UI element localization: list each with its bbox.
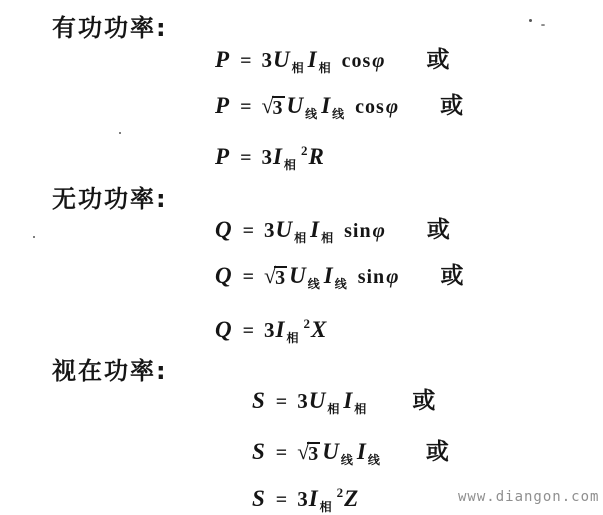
formula-seg-sub: 相 bbox=[354, 395, 366, 423]
formula-seg-angle: φ bbox=[373, 216, 385, 244]
formula-seg-var: Q bbox=[215, 316, 232, 344]
formula-seg-eq: = bbox=[276, 486, 287, 514]
formula-active-line: P=√3U线I线cosφ或 bbox=[215, 92, 463, 128]
formula-seg-var: Q bbox=[215, 262, 232, 290]
formula-seg-num: 3 bbox=[297, 387, 308, 415]
formula-seg-var: S bbox=[252, 438, 265, 466]
formula-seg-num: 3 bbox=[261, 143, 272, 171]
formula-seg-func: cos bbox=[355, 93, 385, 121]
formula-seg-var: I bbox=[276, 316, 285, 344]
formula-seg-var: I bbox=[309, 485, 318, 513]
formula-seg-angle: φ bbox=[386, 92, 398, 120]
radicand: 3 bbox=[272, 96, 285, 119]
formula-seg-var: P bbox=[215, 92, 229, 120]
formula-reactive-phase: Q=3U相I相sinφ或 bbox=[215, 216, 450, 252]
scan-speck bbox=[33, 236, 35, 238]
formula-seg-eq: = bbox=[240, 47, 251, 75]
formula-seg-num: 3 bbox=[297, 485, 308, 513]
scan-speck bbox=[529, 19, 532, 22]
formula-seg-eq: = bbox=[243, 217, 254, 245]
formula-seg-sub: 相 bbox=[294, 224, 306, 252]
formula-seg-var: I bbox=[310, 216, 319, 244]
formula-seg-var: U bbox=[322, 438, 339, 466]
formula-seg-var: Z bbox=[344, 485, 358, 513]
formula-seg-sub: 相 bbox=[286, 324, 298, 352]
formula-seg-var: U bbox=[309, 387, 326, 415]
formula-active-resistance: P=3I相2R bbox=[215, 137, 325, 179]
watermark-url: www.diangon.com bbox=[458, 489, 599, 505]
formula-seg-var: X bbox=[311, 316, 326, 344]
formula-seg-var: U bbox=[289, 262, 306, 290]
formula-seg-var: R bbox=[308, 143, 323, 171]
formula-seg-num: 3 bbox=[264, 216, 275, 244]
formula-seg-or: 或 bbox=[427, 46, 450, 74]
formula-seg-func: sin bbox=[344, 217, 371, 245]
formula-seg-var: P bbox=[215, 46, 229, 74]
formula-seg-sup: 2 bbox=[301, 137, 308, 165]
formula-seg-var: I bbox=[343, 387, 352, 415]
section-label-reactive-power: 无功功率: bbox=[52, 179, 168, 214]
formula-seg-func: sin bbox=[358, 263, 385, 291]
formula-seg-or: 或 bbox=[426, 438, 449, 466]
formula-seg-or: 或 bbox=[427, 216, 450, 244]
formula-seg-sqrt3: √3 bbox=[261, 92, 284, 123]
formula-seg-sub: 相 bbox=[320, 493, 332, 515]
formula-seg-sub: 线 bbox=[332, 100, 344, 128]
scan-speck bbox=[447, 271, 449, 273]
formula-active-phase: P=3U相I相cosφ或 bbox=[215, 46, 450, 82]
formula-apparent-line: S=√3U线I线或 bbox=[252, 438, 449, 474]
formula-seg-eq: = bbox=[276, 439, 287, 467]
formula-reactive-line: Q=√3U线I线sinφ或 bbox=[215, 262, 463, 298]
radicand: 3 bbox=[274, 266, 287, 289]
formula-reactive-reactance: Q=3I相2X bbox=[215, 310, 327, 352]
formula-seg-sub: 相 bbox=[319, 54, 331, 82]
formula-seg-var: I bbox=[273, 143, 282, 171]
formula-seg-var: P bbox=[215, 143, 229, 171]
formula-seg-var: I bbox=[324, 262, 333, 290]
formula-seg-angle: φ bbox=[386, 262, 398, 290]
formula-seg-var: Q bbox=[215, 216, 232, 244]
formula-seg-func: cos bbox=[342, 47, 372, 75]
formula-seg-sqrt3: √3 bbox=[297, 438, 320, 469]
formula-seg-var: U bbox=[276, 216, 293, 244]
formula-seg-num: 3 bbox=[261, 46, 272, 74]
formula-seg-eq: = bbox=[276, 388, 287, 416]
formula-seg-sub: 相 bbox=[327, 395, 339, 423]
formula-seg-var: U bbox=[287, 92, 304, 120]
formula-seg-var: S bbox=[252, 387, 265, 415]
scan-speck bbox=[541, 24, 545, 26]
formula-seg-sub: 相 bbox=[292, 54, 304, 82]
formula-seg-or: 或 bbox=[440, 262, 463, 290]
formula-seg-var: I bbox=[321, 92, 330, 120]
formula-seg-eq: = bbox=[243, 263, 254, 291]
formula-seg-sub: 线 bbox=[341, 446, 353, 474]
formula-seg-sub: 线 bbox=[308, 270, 320, 298]
formula-seg-sub: 线 bbox=[305, 100, 317, 128]
formula-seg-sup: 2 bbox=[304, 310, 311, 338]
formula-seg-eq: = bbox=[243, 317, 254, 345]
formula-apparent-phase: S=3U相I相或 bbox=[252, 387, 435, 423]
formula-seg-var: I bbox=[357, 438, 366, 466]
formula-seg-var: S bbox=[252, 485, 265, 513]
formula-seg-eq: = bbox=[240, 93, 251, 121]
formula-seg-var: I bbox=[308, 46, 317, 74]
formula-seg-num: 3 bbox=[264, 316, 275, 344]
formula-seg-sub: 相 bbox=[284, 151, 296, 179]
section-label-apparent-power: 视在功率: bbox=[52, 351, 168, 386]
scan-speck bbox=[119, 132, 121, 134]
formula-apparent-impedance: S=3I相2Z bbox=[252, 479, 359, 515]
formula-seg-sub: 相 bbox=[321, 224, 333, 252]
formula-seg-angle: φ bbox=[372, 46, 384, 74]
formula-seg-or: 或 bbox=[440, 92, 463, 120]
formula-seg-sub: 线 bbox=[368, 446, 380, 474]
formula-seg-sub: 线 bbox=[335, 270, 347, 298]
formula-seg-or: 或 bbox=[412, 387, 435, 415]
radicand: 3 bbox=[307, 442, 320, 465]
formula-seg-sqrt3: √3 bbox=[264, 262, 287, 293]
formula-seg-sup: 2 bbox=[337, 479, 344, 507]
formula-seg-var: U bbox=[273, 46, 290, 74]
scanned-formula-page: 有功功率: P=3U相I相cosφ或 P=√3U线I线cosφ或 P=3I相2R… bbox=[0, 0, 603, 515]
formula-seg-eq: = bbox=[240, 144, 251, 172]
section-label-active-power: 有功功率: bbox=[52, 8, 168, 43]
